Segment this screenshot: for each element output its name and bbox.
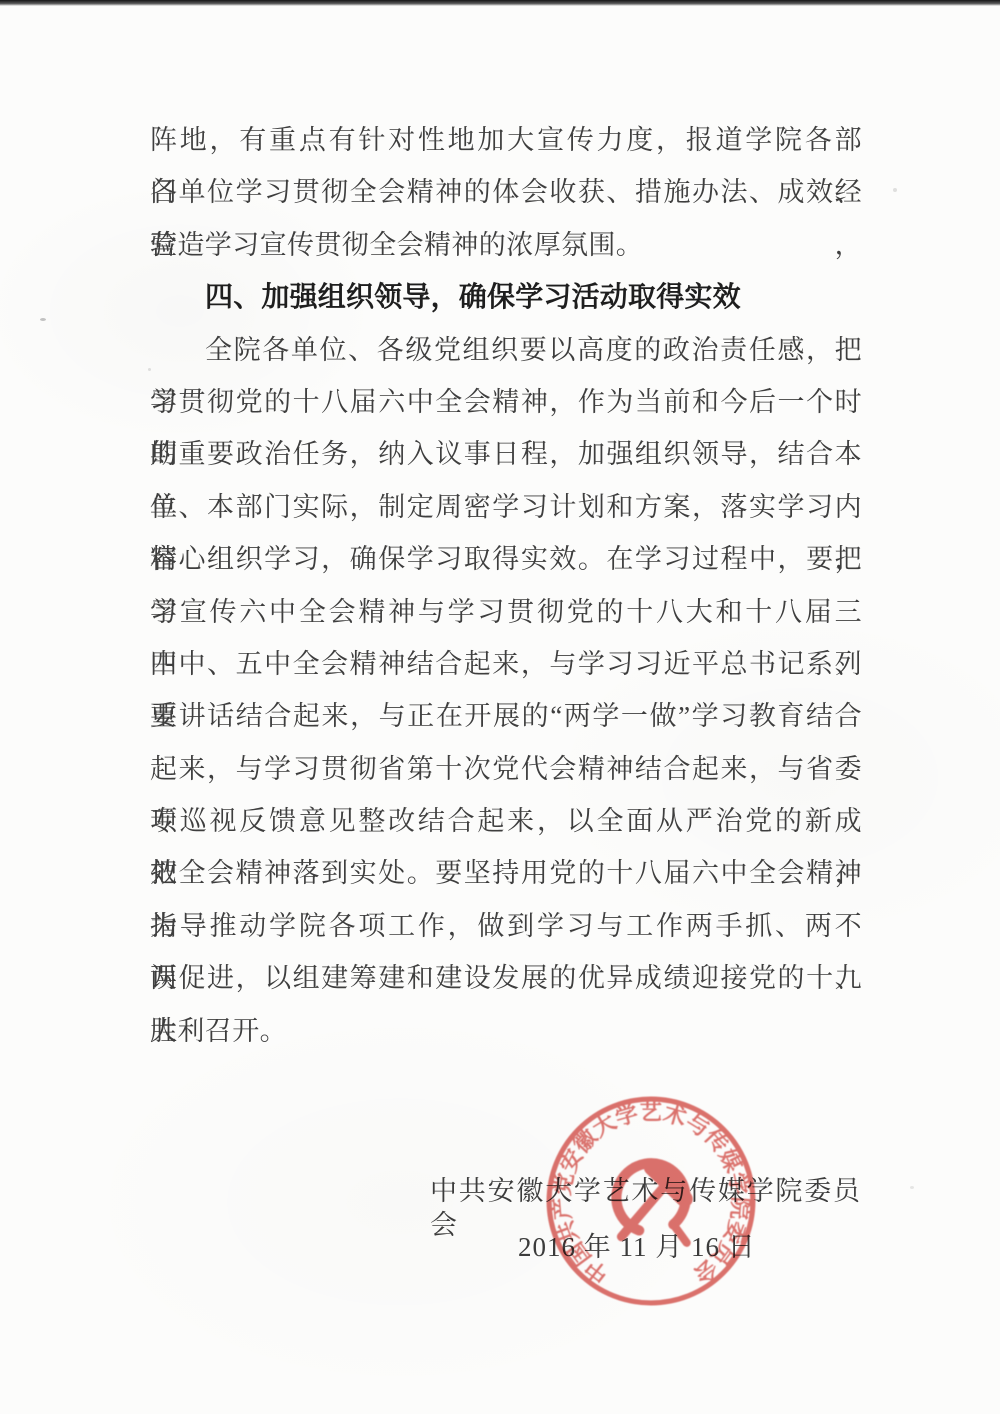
text-line: 把全会精神落到实处。要坚持用党的十八届六中全会精神为 (150, 847, 862, 899)
scan-speck (40, 318, 46, 321)
text-line: 起来，与学习贯彻省第十次党代会精神结合起来，与省委专 (150, 743, 862, 795)
text-line: 全院各单位、各级党组织要以高度的政治责任感，把学 (150, 324, 862, 376)
text-line: 习贯彻党的十八届六中全会精神，作为当前和今后一个时期 (150, 376, 862, 428)
text-line: 项巡视反馈意见整改结合起来，以全面从严治党的新成效， (150, 795, 862, 847)
document-lines: 阵地，有重点有针对性地加大宣传力度，报道学院各部门、各单位学习贯彻全会精神的体会… (150, 114, 862, 1057)
text-line: 要讲话结合起来，与正在开展的“两学一做”学习教育结合 (150, 690, 862, 742)
text-line: 习宣传六中全会精神与学习贯彻党的十八大和十八届三中、 (150, 586, 862, 638)
text-line: 指导推动学院各项工作，做到学习与工作两手抓、两不误、 (150, 900, 862, 952)
text-line: 胜利召开。 (150, 1005, 862, 1057)
scan-speck (910, 1186, 914, 1189)
scan-speck (148, 368, 151, 371)
text-line: 的重要政治任务，纳入议事日程，加强组织领导，结合本单 (150, 428, 862, 480)
section-heading: 四、加强组织领导，确保学习活动取得实效 (150, 271, 862, 323)
official-seal: 中国共产党安徽大学艺术与传媒学院委员会 (544, 1094, 758, 1308)
text-line: 位、本部门实际，制定周密学习计划和方案，落实学习内容， (150, 481, 862, 533)
text-line: 四中、五中全会精神结合起来，与学习习近平总书记系列重 (150, 638, 862, 690)
scan-edge-top (0, 0, 1000, 6)
hammer-sickle-icon (616, 1163, 686, 1243)
scanned-document-page: 阵地，有重点有针对性地加大宣传力度，报道学院各部门、各单位学习贯彻全会精神的体会… (0, 0, 1000, 1414)
scan-speck (893, 188, 897, 192)
text-line: 阵地，有重点有针对性地加大宣传力度，报道学院各部门、 (150, 114, 862, 166)
text-line: 两促进，以组建筹建和建设发展的优异成绩迎接党的十九大 (150, 952, 862, 1004)
text-line: 精心组织学习，确保学习取得实效。在学习过程中，要把学 (150, 533, 862, 585)
text-line: 各单位学习贯彻全会精神的体会收获、措施办法、成效经验， (150, 166, 862, 218)
